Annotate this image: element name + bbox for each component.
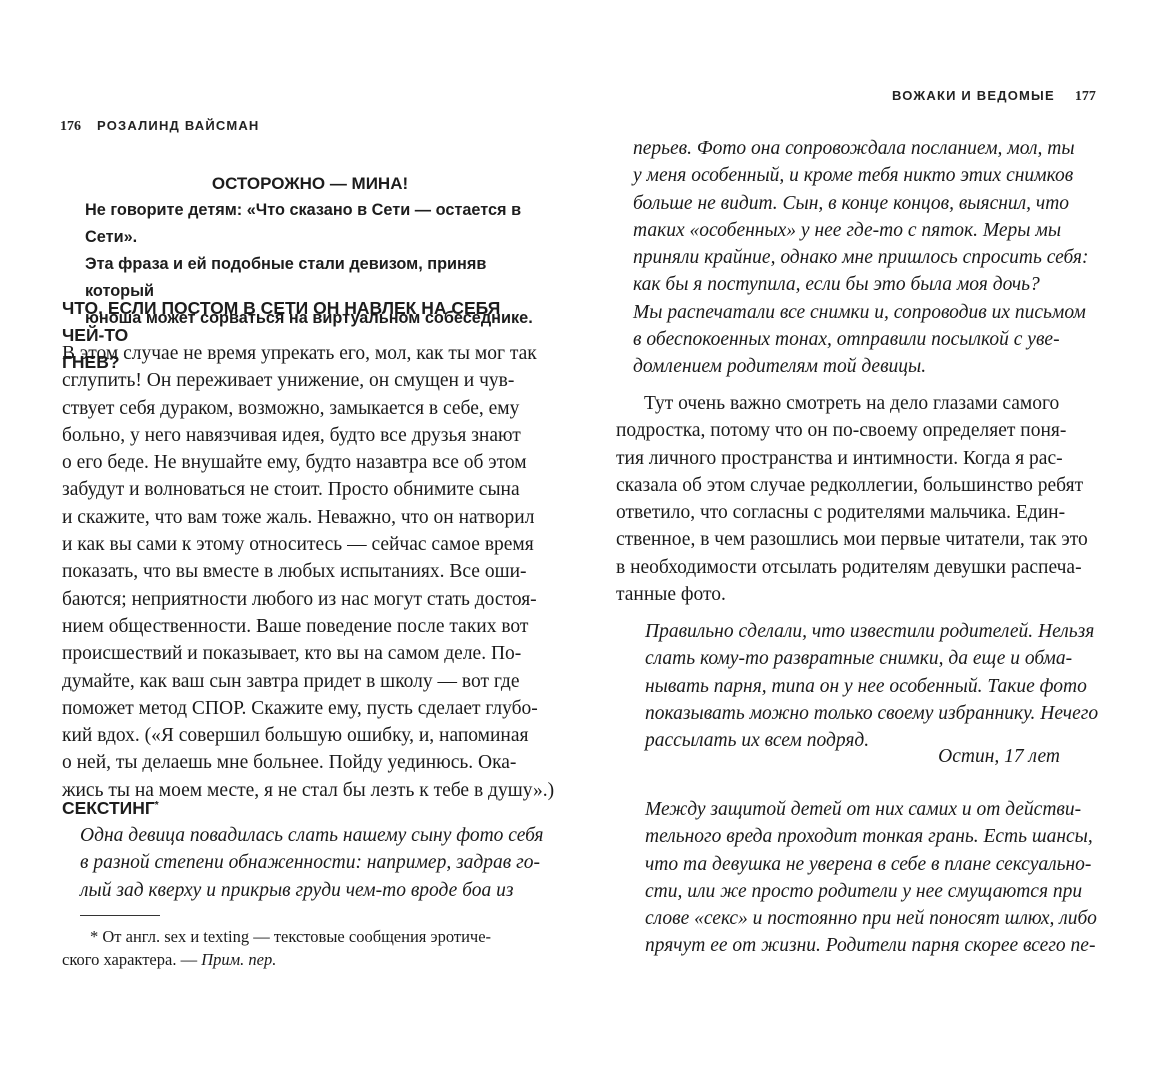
parent-story-italic: Одна девица повадилась слать нашему сыну… xyxy=(80,822,540,904)
text-line: баются; неприятности любого из нас могут… xyxy=(62,586,540,613)
footnote-line: * От англ. sex и texting — текстовые соо… xyxy=(62,925,540,948)
text-line: думайте, как ваш сын завтра придет в шко… xyxy=(62,668,540,695)
right-body-paragraph: Тут очень важно смотреть на дело глазами… xyxy=(616,390,1076,608)
text-line: и как вы сами к этому относитесь — сейча… xyxy=(62,531,540,558)
text-line: Мы распечатали все снимки и, сопроводив … xyxy=(633,299,1073,326)
text-line: перьев. Фото она сопровождала посланием,… xyxy=(633,135,1073,162)
text-line: показать, что вы вместе в любых испытани… xyxy=(62,558,540,585)
text-line: показывать можно только своему избранник… xyxy=(645,700,1080,727)
text-line: слать кому-то развратные снимки, да еще … xyxy=(645,645,1080,672)
text-line: В этом случае не время упрекать его, мол… xyxy=(62,340,540,367)
left-page: 176РОЗАЛИНД ВАЙСМАН ОСТОРОЖНО — МИНА! Не… xyxy=(0,0,575,1080)
quote-signature: Остин, 17 лет xyxy=(645,746,1060,768)
left-running-head: 176РОЗАЛИНД ВАЙСМАН xyxy=(60,118,260,135)
text-line: больше не видит. Сын, в конце концов, вы… xyxy=(633,190,1073,217)
text-line: Одна девица повадилась слать нашему сыну… xyxy=(80,822,540,849)
text-line: сглупить! Он переживает унижение, он сму… xyxy=(62,367,540,394)
text-line: в разной степени обнаженности: например,… xyxy=(80,849,540,876)
text-line: больно, у него навязчивая идея, будто вс… xyxy=(62,422,540,449)
footnote-marker: * xyxy=(155,800,159,811)
text-line: прячут ее от жизни. Родители парня скоре… xyxy=(645,932,1080,959)
text-line: о ней, ты делаешь мне больнее. Пойду уед… xyxy=(62,749,540,776)
text-line: домлением родителям той девицы. xyxy=(633,353,1073,380)
text-line: как бы я поступила, если бы это была моя… xyxy=(633,271,1073,298)
teen-quote: Правильно сделали, что известили родител… xyxy=(645,618,1080,754)
text-line: Правильно сделали, что известили родител… xyxy=(645,618,1080,645)
footnote: * От англ. sex и texting — текстовые соо… xyxy=(62,925,540,971)
text-line: подростка, потому что он по-своему опред… xyxy=(616,417,1076,444)
author-comment-italic: Между защитой детей от них самих и от де… xyxy=(645,796,1080,960)
sidebox-line: Не говорите детям: «Что сказано в Сети —… xyxy=(85,197,535,251)
footnote-attribution: Прим. пер. xyxy=(201,950,276,969)
text-line: кий вдох. («Я совершил большую ошибку, и… xyxy=(62,722,540,749)
left-running-head-title: РОЗАЛИНД ВАЙСМАН xyxy=(97,118,260,133)
text-line: происшествий и показывает, кто вы на сам… xyxy=(62,640,540,667)
right-running-head: ВОЖАКИ И ВЕДОМЫЕ177 xyxy=(892,88,1096,105)
left-page-number: 176 xyxy=(60,119,81,134)
text-line: в необходимости отсылать родителям девуш… xyxy=(616,554,1076,581)
right-running-head-title: ВОЖАКИ И ВЕДОМЫЕ xyxy=(892,88,1055,103)
text-line: забудут и волноваться не стоит. Просто о… xyxy=(62,476,540,503)
text-line: Тут очень важно смотреть на дело глазами… xyxy=(616,390,1076,417)
text-line: танные фото. xyxy=(616,581,1076,608)
text-line: сказала об этом случае редколлегии, боль… xyxy=(616,472,1076,499)
text-line: у меня особенный, и кроме тебя никто эти… xyxy=(633,162,1073,189)
parent-story-continued: перьев. Фото она сопровождала посланием,… xyxy=(633,135,1073,381)
text-line: в обеспокоенных тонах, отправили посылко… xyxy=(633,326,1073,353)
text-line: нием общественности. Ваше поведение посл… xyxy=(62,613,540,640)
text-line: Между защитой детей от них самих и от де… xyxy=(645,796,1080,823)
text-line: что та девушка не уверена в себе в плане… xyxy=(645,851,1080,878)
heading-text: СЕКСТИНГ xyxy=(62,798,155,818)
text-line: лый зад кверху и прикрыв груди чем-то вр… xyxy=(80,877,540,904)
footnote-text: ского характера. — xyxy=(62,950,201,969)
sidebox-title: ОСТОРОЖНО — МИНА! xyxy=(85,170,535,197)
text-line: приняли крайние, однако мне пришлось спр… xyxy=(633,244,1073,271)
right-page-number: 177 xyxy=(1075,89,1096,104)
footnote-line: ского характера. — Прим. пер. xyxy=(62,948,540,971)
text-line: слове «секс» и постоянно при ней поносят… xyxy=(645,905,1080,932)
text-line: о его беде. Не внушайте ему, будто назав… xyxy=(62,449,540,476)
text-line: тельного вреда проходит тонкая грань. Ес… xyxy=(645,823,1080,850)
text-line: ственное, в чем разошлись мои первые чит… xyxy=(616,526,1076,553)
text-line: поможет метод СПОР. Скажите ему, пусть с… xyxy=(62,695,540,722)
text-line: ствует себя дураком, возможно, замыкаетс… xyxy=(62,395,540,422)
footnote-divider xyxy=(80,915,160,916)
left-body-paragraph: В этом случае не время упрекать его, мол… xyxy=(62,340,540,804)
section-heading-sexting: СЕКСТИНГ* xyxy=(62,792,159,822)
text-line: сти, или же просто родители у нее смущаю… xyxy=(645,878,1080,905)
text-line: таких «особенных» у нее где-то с пяток. … xyxy=(633,217,1073,244)
text-line: тия личного пространства и интимности. К… xyxy=(616,445,1076,472)
text-line: и скажите, что вам тоже жаль. Неважно, ч… xyxy=(62,504,540,531)
text-line: нывать парня, типа он у нее особенный. Т… xyxy=(645,673,1080,700)
text-line: ответило, что согласны с родителями маль… xyxy=(616,499,1076,526)
